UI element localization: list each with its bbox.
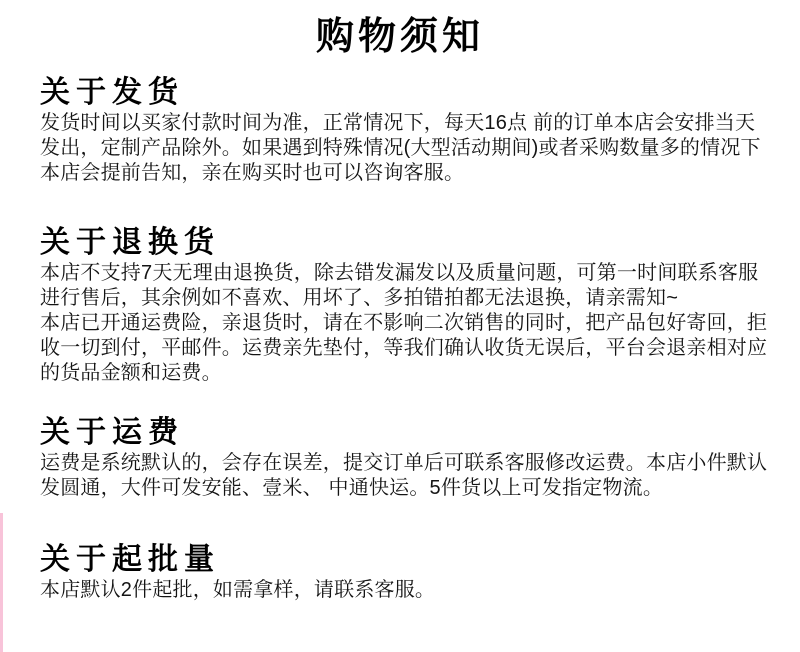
paragraph-line: 发货时间以买家付款时间为准，正常情况下，每天16点 前的订单本店会安排当天 — [40, 111, 762, 136]
section-heading-moq: 关于起批量 — [40, 543, 762, 577]
section-body-returns: 本店不支持7天无理由退换货，除去错发漏发以及质量问题，可第一时间联系客服 进行售… — [40, 261, 762, 386]
section-body-shipping: 发货时间以买家付款时间为准，正常情况下，每天16点 前的订单本店会安排当天 发出… — [40, 111, 762, 186]
section-heading-shipping: 关于发货 — [40, 76, 762, 110]
paragraph-line: 本店默认2件起批，如需拿样，请联系客服。 — [40, 578, 762, 603]
left-pink-stripe — [0, 513, 3, 652]
paragraph-line: 本店已开通运费险，亲退货时，请在不影响二次销售的同时，把产品包好寄回，拒 — [40, 311, 762, 336]
section-moq: 关于起批量 本店默认2件起批，如需拿样，请联系客服。 — [40, 543, 762, 603]
paragraph-line: 收一切到付，平邮件。运费亲先垫付，等我们确认收货无误后，平台会退亲相对应 — [40, 336, 762, 361]
section-shipping: 关于发货 发货时间以买家付款时间为准，正常情况下，每天16点 前的订单本店会安排… — [40, 76, 762, 186]
paragraph-line: 进行售后，其余例如不喜欢、用坏了、多拍错拍都无法退换，请亲需知~ — [40, 286, 762, 311]
paragraph-line: 发出，定制产品除外。如果遇到特殊情况(大型活动期间)或者采购数量多的情况下 — [40, 136, 762, 161]
section-returns: 关于退换货 本店不支持7天无理由退换货，除去错发漏发以及质量问题，可第一时间联系… — [40, 226, 762, 386]
section-freight: 关于运费 运费是系统默认的，会存在误差，提交订单后可联系客服修改运费。本店小件默… — [40, 416, 762, 501]
paragraph-line: 发圆通，大件可发安能、壹米、 中通快运。5件货以上可发指定物流。 — [40, 476, 762, 501]
section-body-freight: 运费是系统默认的，会存在误差，提交订单后可联系客服修改运费。本店小件默认 发圆通… — [40, 451, 762, 501]
section-heading-returns: 关于退换货 — [40, 226, 762, 260]
paragraph-line: 本店会提前告知，亲在购买时也可以咨询客服。 — [40, 161, 762, 186]
page-title: 购物须知 — [0, 14, 800, 60]
paragraph-line: 运费是系统默认的，会存在误差，提交订单后可联系客服修改运费。本店小件默认 — [40, 451, 762, 476]
notice-content: 关于发货 发货时间以买家付款时间为准，正常情况下，每天16点 前的订单本店会安排… — [0, 76, 800, 603]
section-heading-freight: 关于运费 — [40, 416, 762, 450]
section-body-moq: 本店默认2件起批，如需拿样，请联系客服。 — [40, 578, 762, 603]
paragraph-line: 本店不支持7天无理由退换货，除去错发漏发以及质量问题，可第一时间联系客服 — [40, 261, 762, 286]
paragraph-line: 的货品金额和运费。 — [40, 361, 762, 386]
